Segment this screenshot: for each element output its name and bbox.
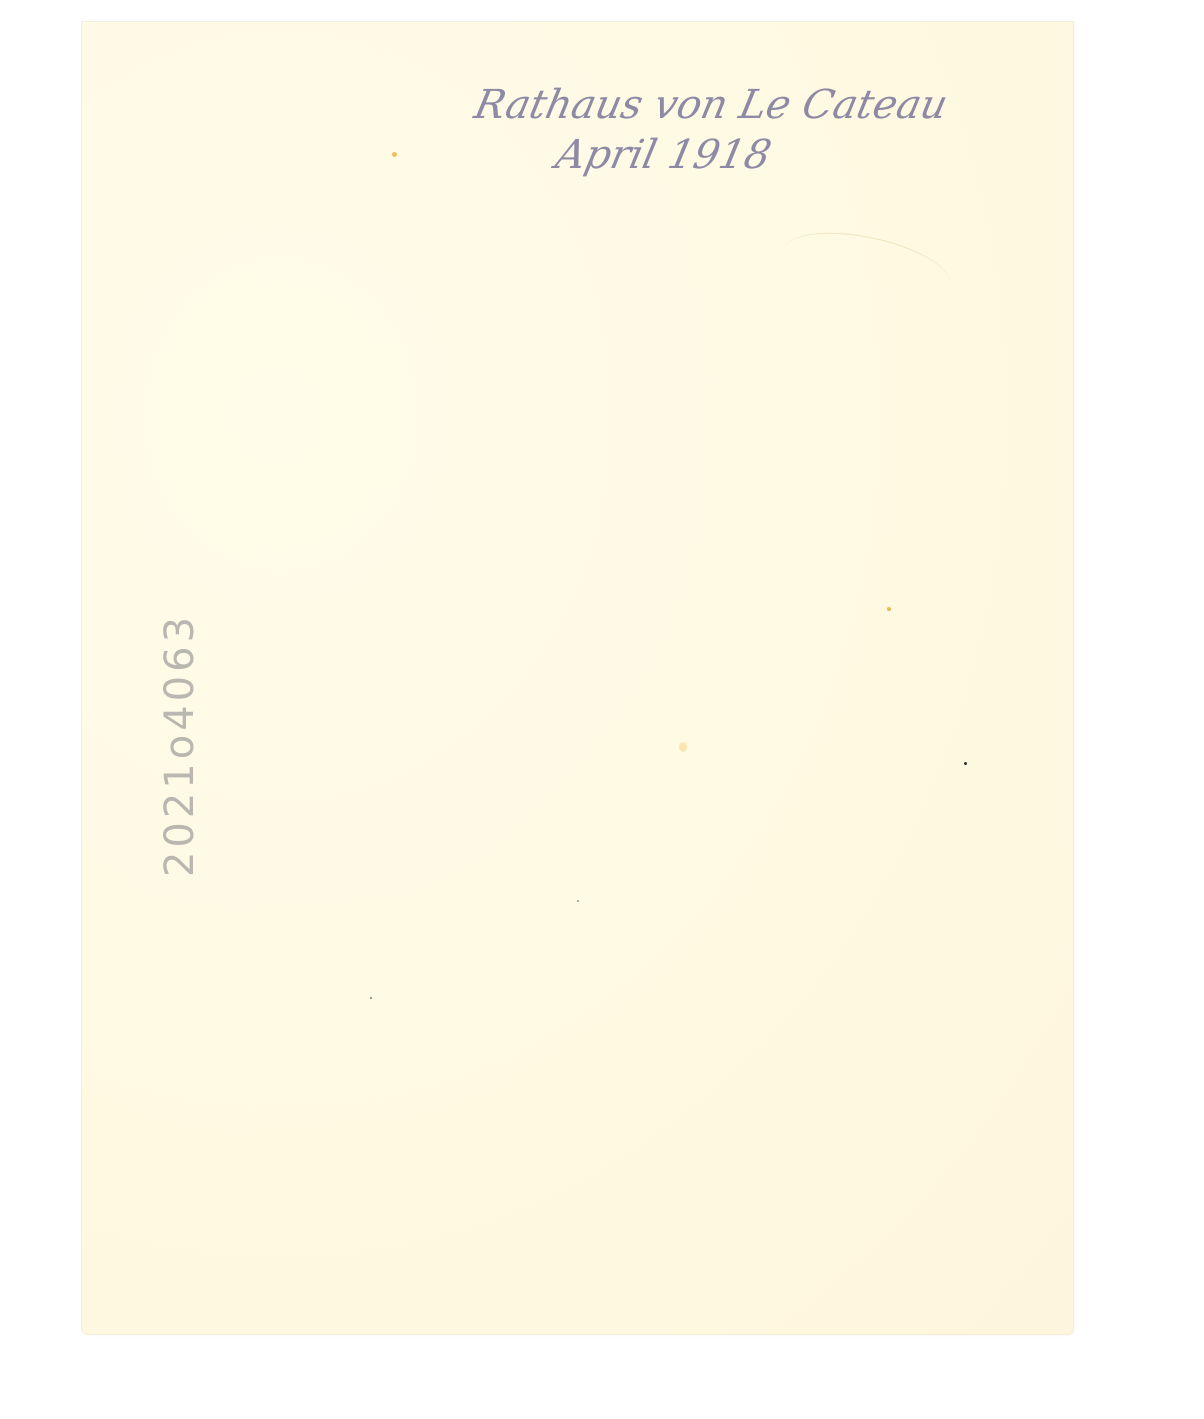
stain-speck — [392, 152, 397, 157]
caption-line-date: April 1918 — [459, 130, 1010, 180]
stain-speck — [679, 742, 687, 752]
dust-speck — [370, 997, 372, 999]
paper-crease — [778, 220, 957, 315]
stain-speck — [887, 607, 891, 611]
photo-card-back — [82, 22, 1073, 1334]
caption-line-title: Rathaus von Le Cateau — [470, 80, 1021, 130]
dust-speck — [577, 900, 579, 902]
inventory-number: 2021o4063 — [157, 613, 203, 877]
dust-speck — [964, 762, 967, 765]
handwritten-caption: Rathaus von Le Cateau April 1918 — [459, 80, 1020, 180]
